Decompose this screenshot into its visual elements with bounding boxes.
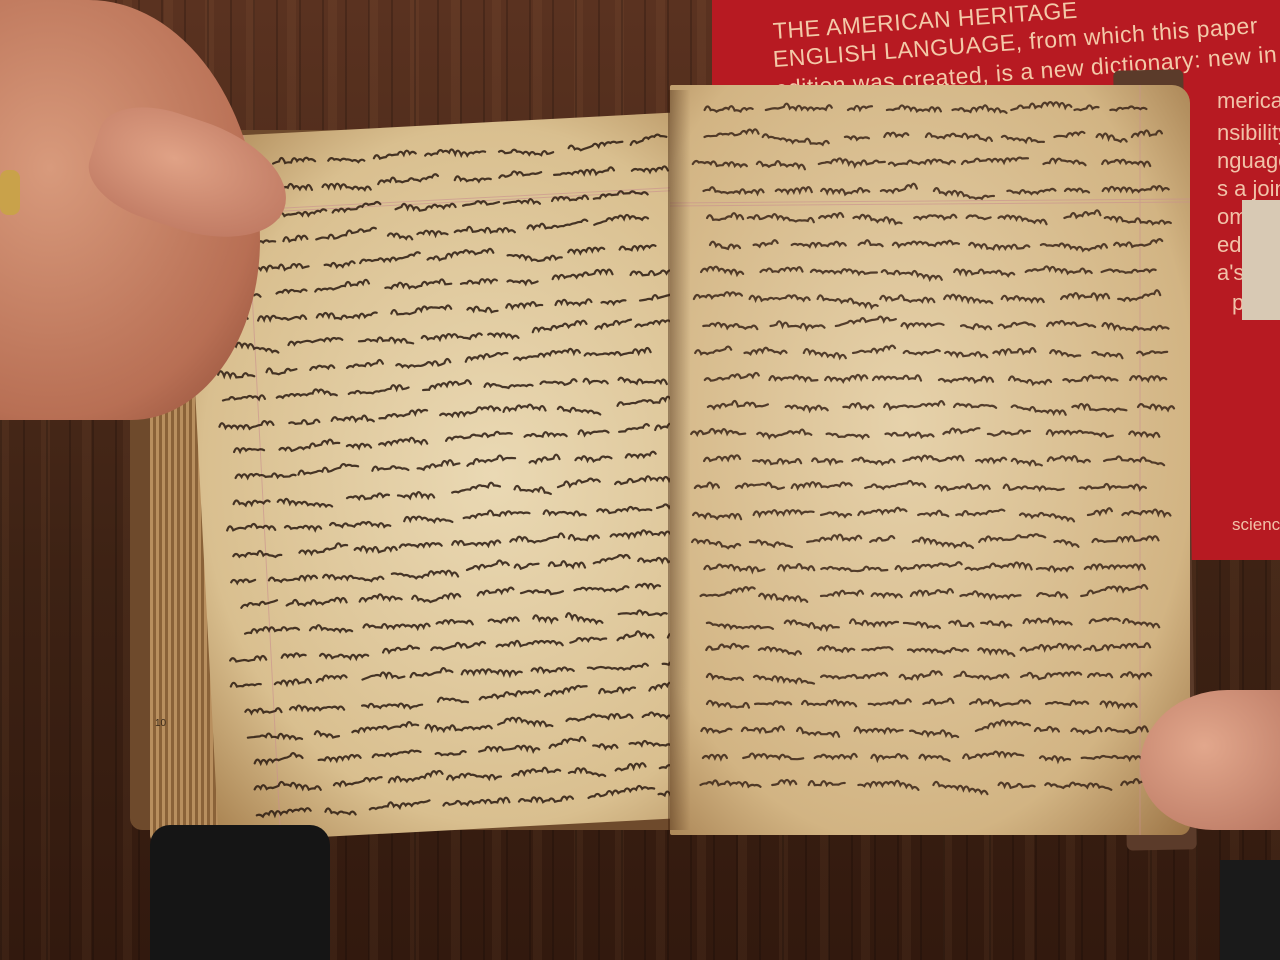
book-gutter: [668, 90, 696, 830]
torn-paper: [1242, 200, 1280, 320]
dictionary-fragment: merican: [1217, 88, 1280, 114]
dictionary-fragment: s a joint: [1217, 176, 1280, 202]
dictionary-fragment: nguage: [1217, 148, 1280, 174]
dictionary-fragment: nsibility: [1217, 120, 1280, 146]
gold-ring: [0, 170, 20, 215]
notebook-right-page: [670, 85, 1190, 835]
camera-strap: [150, 825, 330, 960]
handwriting-right: [670, 85, 1190, 835]
page-number: 10: [155, 718, 166, 729]
dictionary-fragment: science: [1232, 515, 1280, 535]
dark-object: [1220, 860, 1280, 960]
